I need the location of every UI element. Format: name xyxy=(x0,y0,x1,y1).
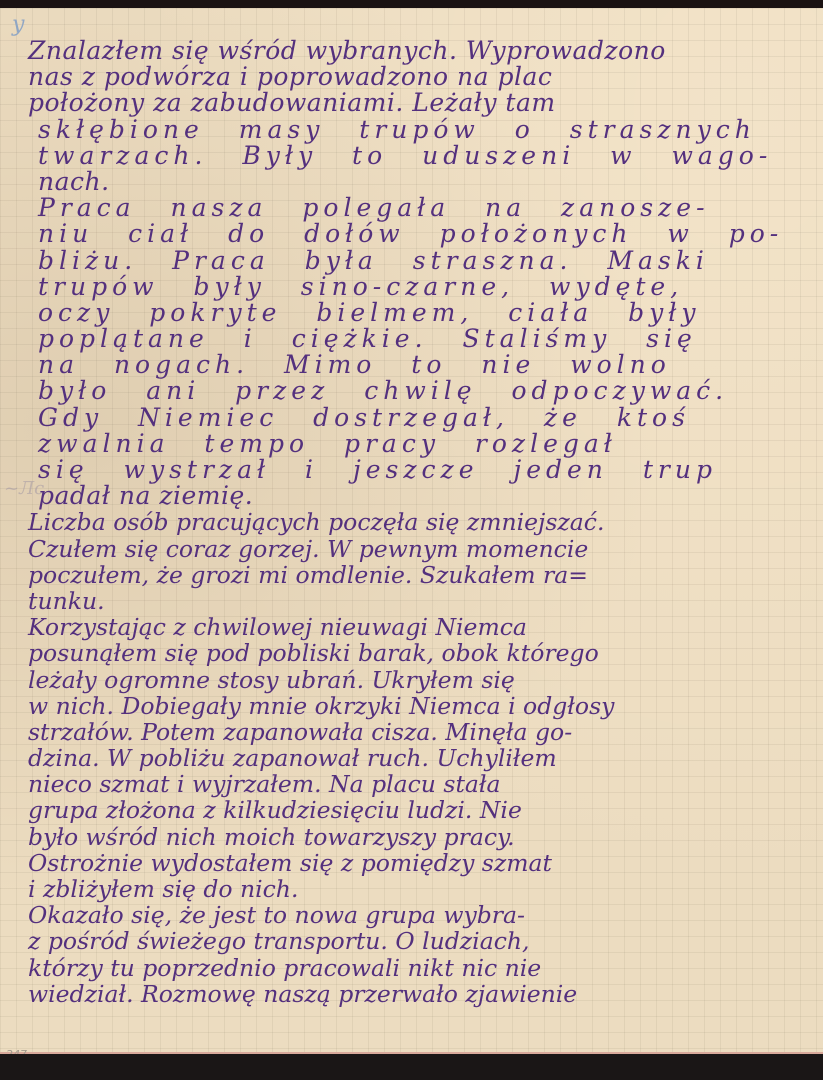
text-line: skłębione masy trupów o strasznych xyxy=(28,117,818,143)
margin-mark: y xyxy=(12,12,24,37)
text-line: było ani przez chwilę odpoczywać. xyxy=(28,378,818,404)
text-line: niu ciał do dołów położonych w po- xyxy=(28,221,818,247)
handwritten-text: Znalazłem się wśród wybranych. Wyprowadz… xyxy=(28,38,818,1007)
text-line: Okazało się, że jest to nowa grupa wybra… xyxy=(28,902,818,928)
text-line: nas z podwórza i poprowadzono na plac xyxy=(28,64,818,90)
text-line: twarzach. Były to uduszeni w wago- xyxy=(28,143,818,169)
text-line: oczy pokryte bielmem, ciała były xyxy=(28,300,818,326)
text-line: poplątane i ciężkie. Staliśmy się xyxy=(28,326,818,352)
text-line: którzy tu poprzednio pracowali nikt nic … xyxy=(28,955,818,981)
text-line: padał na ziemię. xyxy=(28,483,818,509)
text-line: Ostrożnie wydostałem się z pomiędzy szma… xyxy=(28,850,818,876)
text-line: położony za zabudowaniami. Leżały tam xyxy=(28,90,818,116)
text-line: nieco szmat i wyjrzałem. Na placu stała xyxy=(28,771,818,797)
text-line: dzina. W pobliżu zapanował ruch. Uchylił… xyxy=(28,745,818,771)
text-line: Znalazłem się wśród wybranych. Wyprowadz… xyxy=(28,38,818,64)
text-line: Liczba osób pracujących poczęła się zmni… xyxy=(28,509,818,535)
text-line: leżały ogromne stosy ubrań. Ukryłem się xyxy=(28,667,818,693)
text-line: posunąłem się pod pobliski barak, obok k… xyxy=(28,640,818,666)
scan-bottom-edge xyxy=(0,1054,823,1080)
text-line: Czułem się coraz gorzej. W pewnym momenc… xyxy=(28,536,818,562)
text-line: i zbliżyłem się do nich. xyxy=(28,876,818,902)
text-line: Korzystając z chwilowej nieuwagi Niemca xyxy=(28,614,818,640)
text-line: grupa złożona z kilkudziesięciu ludzi. N… xyxy=(28,797,818,823)
text-line: bliżu. Praca była straszna. Maski xyxy=(28,248,818,274)
text-line: wiedział. Rozmowę naszą przerwało zjawie… xyxy=(28,981,818,1007)
text-line: zwalnia tempo pracy rozlegał xyxy=(28,431,818,457)
text-line: Praca nasza polegała na zanosze- xyxy=(28,195,818,221)
text-line: Gdy Niemiec dostrzegał, że ktoś xyxy=(28,405,818,431)
manuscript-page: y ~Лс Znalazłem się wśród wybranych. Wyp… xyxy=(0,8,823,1054)
text-line: nach. xyxy=(28,169,818,195)
text-line: było wśród nich moich towarzyszy pracy. xyxy=(28,824,818,850)
text-line: w nich. Dobiegały mnie okrzyki Niemca i … xyxy=(28,693,818,719)
text-line: się wystrzał i jeszcze jeden trup xyxy=(28,457,818,483)
text-line: trupów były sino-czarne, wydęte, xyxy=(28,274,818,300)
text-line: strzałów. Potem zapanowała cisza. Minęła… xyxy=(28,719,818,745)
text-line: tunku. xyxy=(28,588,818,614)
text-line: poczułem, że grozi mi omdlenie. Szukałem… xyxy=(28,562,818,588)
text-line: z pośród świeżego transportu. O ludziach… xyxy=(28,928,818,954)
text-line: na nogach. Mimo to nie wolno xyxy=(28,352,818,378)
